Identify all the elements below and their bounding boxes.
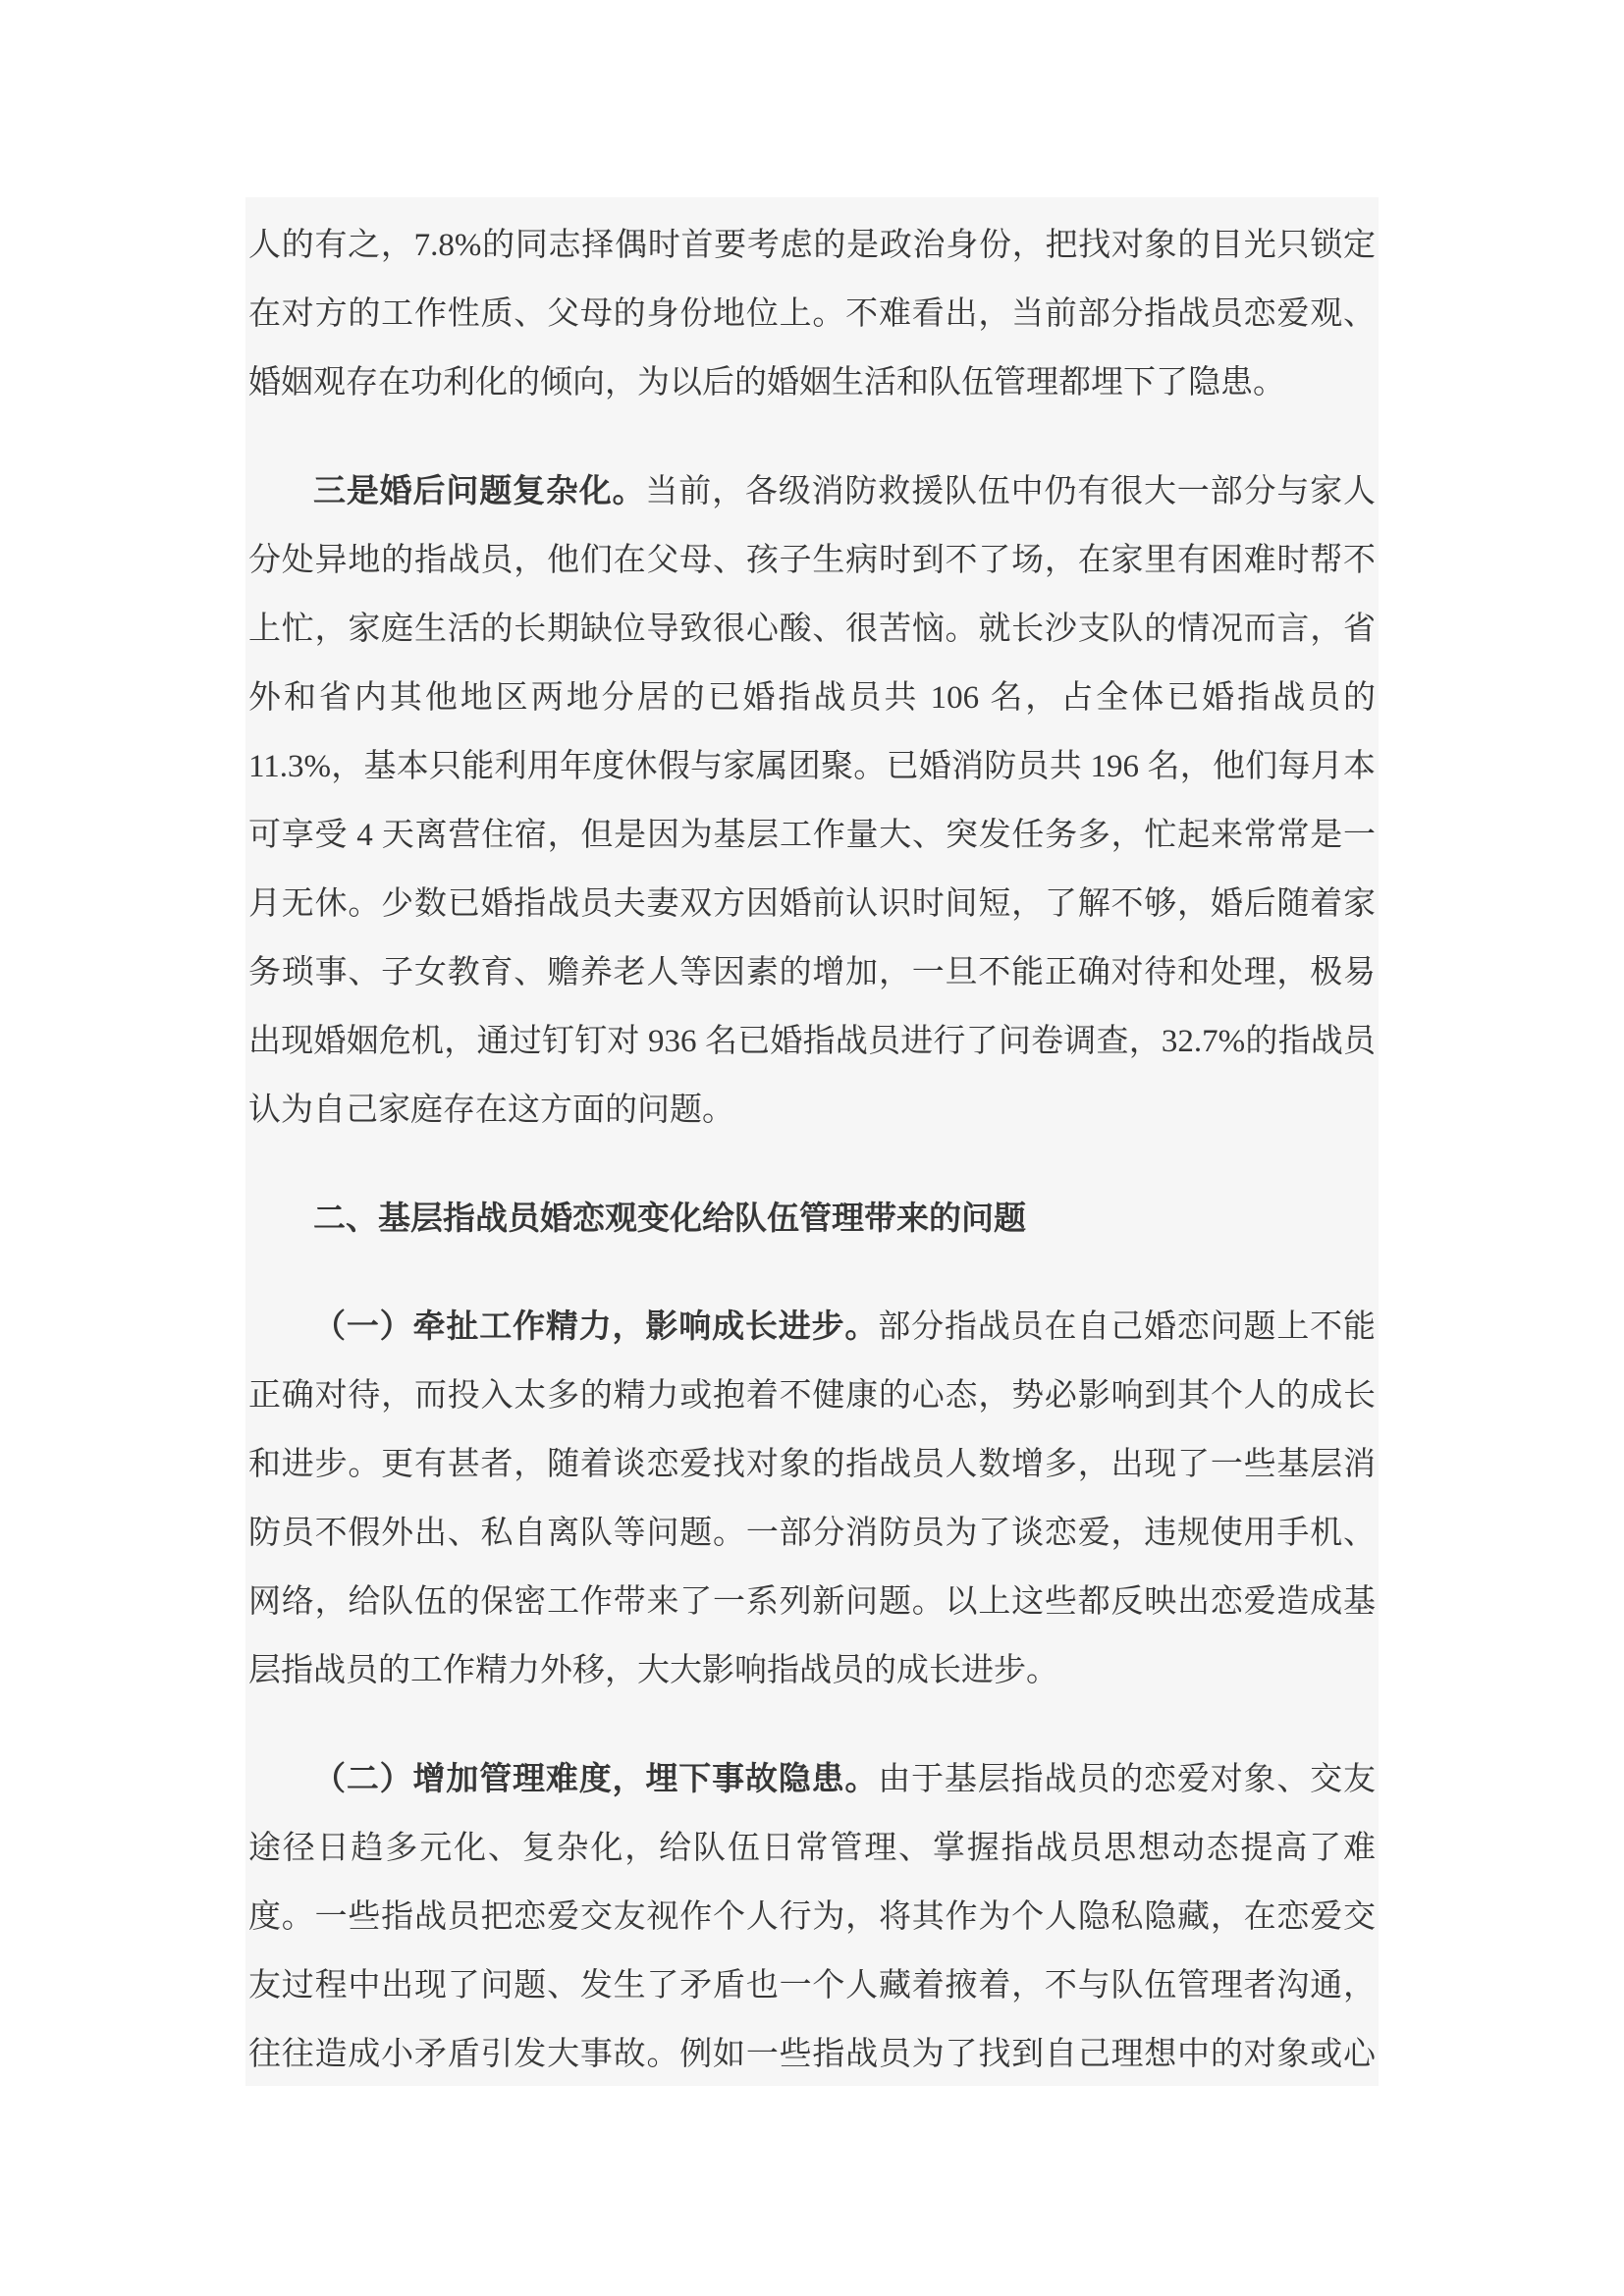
paragraph: 三是婚后问题复杂化。当前，各级消防救援队伍中仍有很大一部分与家人分处异地的指战员… bbox=[248, 456, 1376, 1145]
paragraph-lead: （二）增加管理难度，埋下事故隐患。 bbox=[313, 1760, 878, 1796]
paragraph: 人的有之，7.8%的同志择偶时首要考虑的是政治身份，把找对象的目光只锁定在对方的… bbox=[248, 211, 1376, 417]
section-heading: 二、基层指战员婚恋观变化给队伍管理带来的问题 bbox=[248, 1184, 1376, 1253]
paragraph-lead: （一）牵扯工作精力，影响成长进步。 bbox=[313, 1308, 878, 1344]
paragraph-text: 部分指战员在自己婚恋问题上不能正确对待，而投入太多的精力或抱着不健康的心态，势必… bbox=[248, 1309, 1376, 1688]
document-viewer: 人的有之，7.8%的同志择偶时首要考虑的是政治身份，把找对象的目光只锁定在对方的… bbox=[0, 0, 1624, 2296]
heading-text: 二、基层指战员婚恋观变化给队伍管理带来的问题 bbox=[313, 1200, 1026, 1236]
paragraph: （一）牵扯工作精力，影响成长进步。部分指战员在自己婚恋问题上不能正确对待，而投入… bbox=[248, 1292, 1376, 1705]
paragraph-lead: 三是婚后问题复杂化。 bbox=[313, 472, 645, 508]
paragraph-text: 人的有之，7.8%的同志择偶时首要考虑的是政治身份，把找对象的目光只锁定在对方的… bbox=[248, 228, 1376, 400]
paragraph-text: 当前，各级消防救援队伍中仍有很大一部分与家人分处异地的指战员，他们在父母、孩子生… bbox=[248, 474, 1376, 1128]
paragraph-text: 由于基层指战员的恋爱对象、交友途径日趋多元化、复杂化，给队伍日常管理、掌握指战员… bbox=[248, 1762, 1376, 2086]
paragraph: （二）增加管理难度，埋下事故隐患。由于基层指战员的恋爱对象、交友途径日趋多元化、… bbox=[248, 1744, 1376, 2086]
document-page: 人的有之，7.8%的同志择偶时首要考虑的是政治身份，把找对象的目光只锁定在对方的… bbox=[245, 197, 1379, 2086]
